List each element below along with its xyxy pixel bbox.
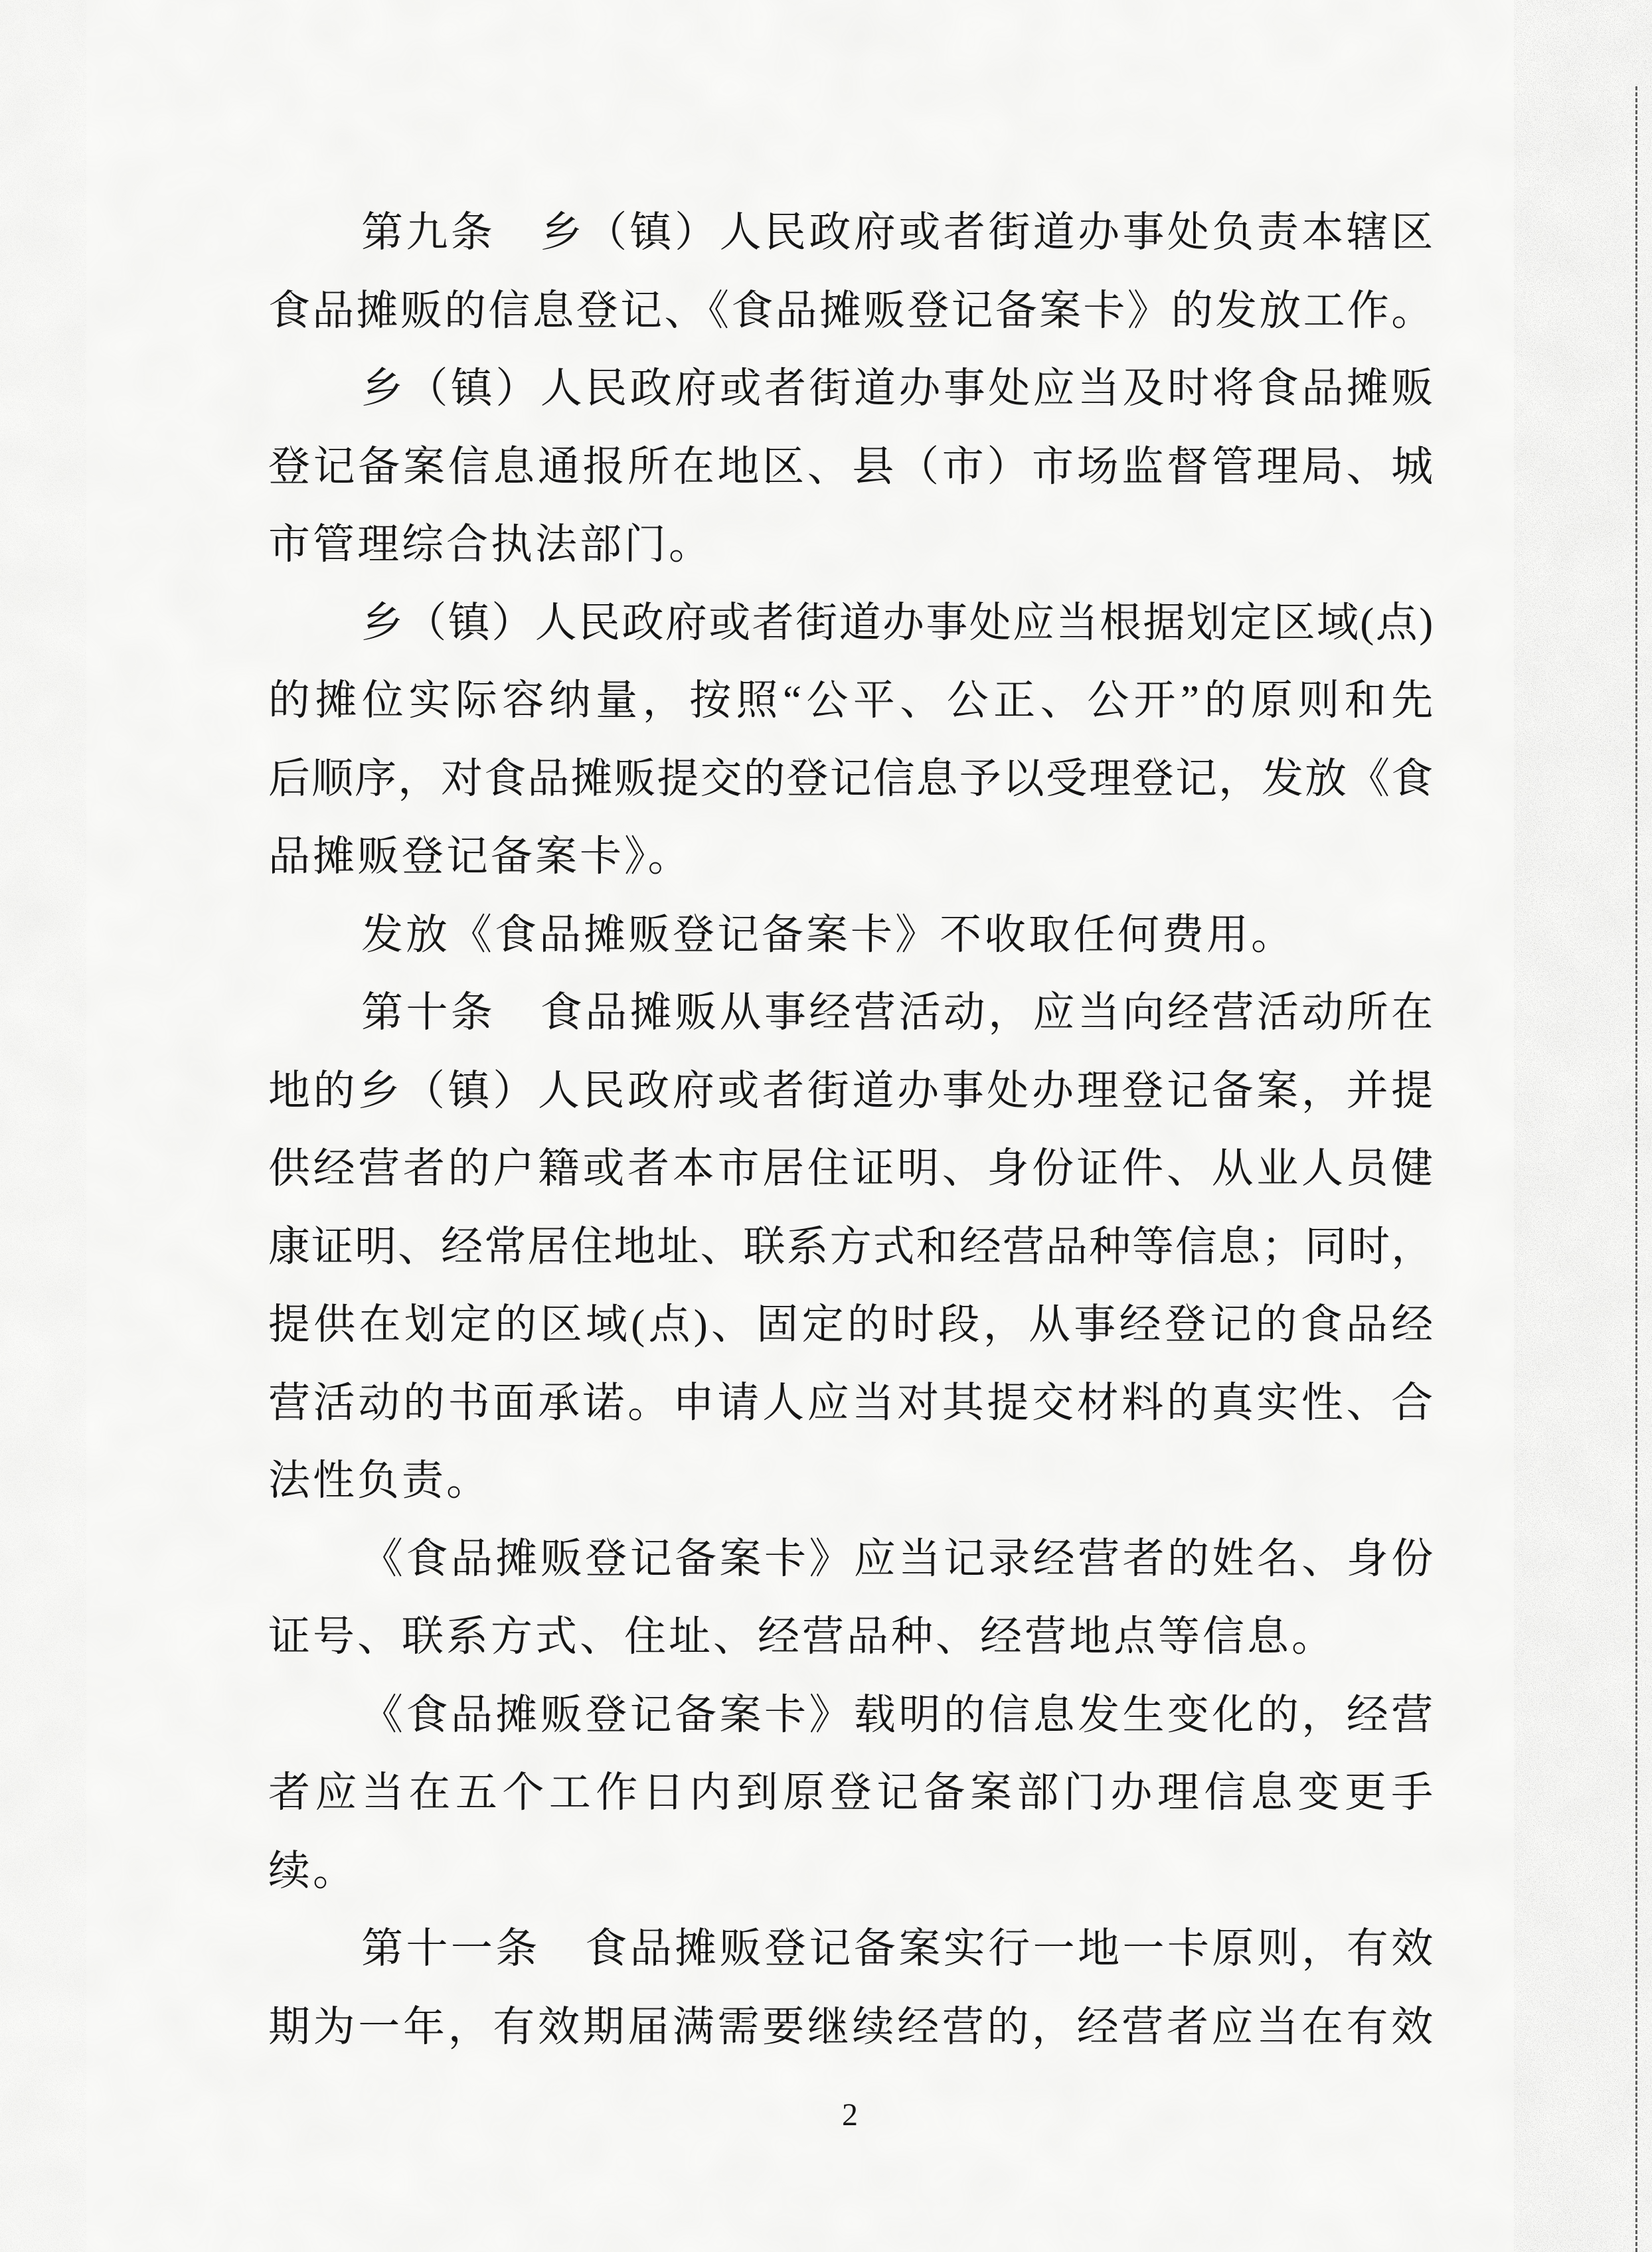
text-line: 发放《食品摊贩登记备案卡》不收取任何费用。: [268, 896, 1434, 975]
text-line: 期为一年，有效期届满需要继续经营的，经营者应当在有效: [268, 1988, 1434, 2067]
text-line: 登记备案信息通报所在地区、县（市）市场监督管理局、城: [268, 428, 1434, 507]
text-line-article-11: 第十一条 食品摊贩登记备案实行一地一卡原则，有效: [268, 1910, 1434, 1988]
text-line-article-9: 第九条 乡（镇）人民政府或者街道办事处负责本辖区: [268, 194, 1434, 272]
text-line: 市管理综合执法部门。: [268, 506, 1434, 584]
text-line-article-10: 第十条 食品摊贩从事经营活动，应当向经营活动所在: [268, 974, 1434, 1052]
document-body: 第九条 乡（镇）人民政府或者街道办事处负责本辖区 食品摊贩的信息登记、《食品摊贩…: [268, 194, 1434, 2066]
page-number: 2: [842, 2097, 858, 2134]
scanned-document-page: 第九条 乡（镇）人民政府或者街道办事处负责本辖区 食品摊贩的信息登记、《食品摊贩…: [0, 0, 1652, 2252]
text-line: 法性负责。: [268, 1442, 1434, 1520]
text-line: 后顺序，对食品摊贩提交的登记信息予以受理登记，发放《食: [268, 740, 1434, 819]
text-line: 乡（镇）人民政府或者街道办事处应当根据划定区域(点): [268, 584, 1434, 663]
text-line: 品摊贩登记备案卡》。: [268, 818, 1434, 896]
text-line: 康证明、经常居住地址、联系方式和经营品种等信息；同时，: [268, 1208, 1434, 1287]
text-line: 证号、联系方式、住址、经营品种、经营地点等信息。: [268, 1598, 1434, 1676]
scan-artifact-line: [1635, 86, 1637, 2252]
text-line: 的摊位实际容纳量，按照“公平、公正、公开”的原则和先: [268, 662, 1434, 740]
text-line: 者应当在五个工作日内到原登记备案部门办理信息变更手: [268, 1754, 1434, 1832]
text-line: 提供在划定的区域(点)、固定的时段，从事经登记的食品经: [268, 1286, 1434, 1364]
text-line: 地的乡（镇）人民政府或者街道办事处办理登记备案，并提: [268, 1052, 1434, 1131]
text-line: 食品摊贩的信息登记、《食品摊贩登记备案卡》的发放工作。: [268, 272, 1434, 351]
text-line: 供经营者的户籍或者本市居住证明、身份证件、从业人员健: [268, 1130, 1434, 1208]
text-line: 续。: [268, 1832, 1434, 1911]
text-line: 《食品摊贩登记备案卡》应当记录经营者的姓名、身份: [268, 1520, 1434, 1599]
text-line: 营活动的书面承诺。申请人应当对其提交材料的真实性、合: [268, 1364, 1434, 1443]
text-line: 乡（镇）人民政府或者街道办事处应当及时将食品摊贩: [268, 350, 1434, 428]
text-line: 《食品摊贩登记备案卡》载明的信息发生变化的，经营: [268, 1676, 1434, 1755]
